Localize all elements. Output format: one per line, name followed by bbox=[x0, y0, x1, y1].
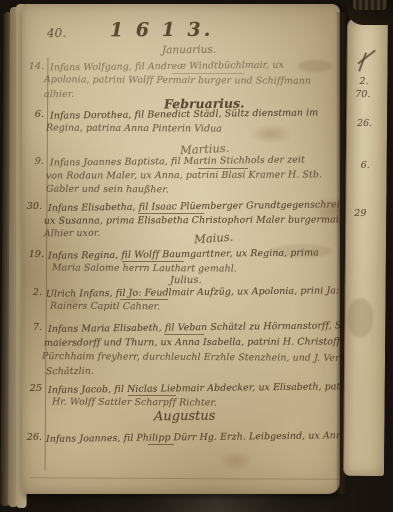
book-scan: 40. 1 6 1 3. Januarius. 14. Infans Wolfg… bbox=[0, 0, 393, 512]
entry-line: Ulrich Infans, fil Jo: Feudlmair Aufzüg,… bbox=[46, 285, 339, 300]
margin-rule-line bbox=[45, 58, 49, 470]
entry-day-number: 30. bbox=[22, 201, 42, 212]
entry-day-number: 19. bbox=[24, 249, 44, 260]
month-heading-maius: Maius. bbox=[194, 230, 234, 247]
year-title: 1 6 1 3. bbox=[110, 19, 213, 41]
entry-line: Infans Maria Elisabeth, fil Veban Schätz… bbox=[48, 320, 340, 335]
entry-line: Infans Joannes, fil Philipp Dürr Hg. Erz… bbox=[46, 430, 340, 445]
entry-line: Infans Elisabetha, fil Isaac Plüemberger… bbox=[48, 199, 340, 214]
entry-line: Maria Salome herrn Lauthart gemahl. bbox=[52, 262, 237, 274]
ink-underline bbox=[138, 213, 204, 214]
entry-line: Infans Jacob, fil Niclas Liebmair Abdeck… bbox=[48, 381, 340, 396]
entry-line: Infans Wolfgang, fil Andreæ Windtbüchlma… bbox=[50, 60, 284, 74]
entry-line: Infans Joannes Baptista, fil Martin Stic… bbox=[50, 154, 305, 168]
entry-day-number: 26. bbox=[22, 432, 42, 443]
paper-stain bbox=[248, 124, 294, 144]
ink-underline bbox=[164, 334, 204, 335]
entry-line: Gabler und sein haußher. bbox=[46, 184, 169, 196]
ink-bleed-smudge bbox=[347, 298, 373, 338]
month-heading-augustus: Augustus bbox=[154, 409, 216, 425]
entry-line: Hr. Wolff Sattler Scharpff Richter. bbox=[52, 396, 217, 408]
edge-number: 26. bbox=[357, 118, 372, 129]
ink-underline bbox=[198, 168, 248, 169]
headband bbox=[353, 0, 387, 10]
edge-number: 6. bbox=[361, 160, 370, 171]
entry-day-number: 14. bbox=[24, 61, 44, 72]
entry-day-number: 7. bbox=[22, 322, 42, 333]
entry-line: Regina, patrina Anna Pinterin Vidua bbox=[46, 122, 222, 134]
manuscript-page: 40. 1 6 1 3. Januarius. 14. Infans Wolfg… bbox=[22, 4, 340, 494]
entry-day-number: 6. bbox=[24, 109, 44, 120]
edge-number: 2. bbox=[359, 76, 368, 87]
ink-underline bbox=[120, 299, 168, 300]
entry-line: Schätzlin. bbox=[46, 366, 94, 378]
adjacent-page-edge: 2. 70. 26. 6. 29 bbox=[343, 18, 388, 476]
entry-line: Rainers Capitl Cahner. bbox=[50, 301, 160, 313]
entry-line: von Rodaun Maler, ux Anna, patrini Blasi… bbox=[46, 169, 322, 181]
show-through-smudge bbox=[272, 244, 332, 258]
edge-number: 70. bbox=[355, 89, 370, 100]
ink-underline bbox=[172, 73, 244, 74]
folio-number: 40. bbox=[47, 26, 66, 40]
entry-line: Alhier uxor. bbox=[44, 228, 101, 240]
page-crease bbox=[30, 477, 340, 480]
edge-number: 29 bbox=[354, 208, 366, 219]
month-heading-januarius: Januarius. bbox=[162, 44, 216, 57]
entry-day-number: 9. bbox=[24, 156, 44, 167]
entry-line: Apolonia, patrini Wolff Permair burger u… bbox=[44, 74, 311, 87]
show-through-smudge bbox=[298, 60, 332, 72]
paper-stain bbox=[218, 450, 254, 472]
ink-underline bbox=[122, 261, 184, 262]
entry-line: ux Susanna, prima Elisabetha Christophor… bbox=[44, 214, 340, 226]
entry-line: Infans Dorothea, fil Benedict Städl, Sül… bbox=[50, 107, 318, 121]
entry-line: alhier. bbox=[44, 89, 74, 100]
entry-day-number: 25 bbox=[22, 383, 42, 394]
ink-underline bbox=[148, 444, 174, 445]
ink-underline bbox=[128, 395, 176, 396]
entry-day-number: 2. bbox=[22, 287, 42, 298]
entry-line: maiersdorff und Thurn, ux Anna Isabella,… bbox=[44, 336, 340, 348]
entry-line: Pürchhaim freyherr, durchleuchl Erzhle S… bbox=[42, 351, 340, 364]
month-heading-julius: Julius. bbox=[170, 275, 202, 286]
